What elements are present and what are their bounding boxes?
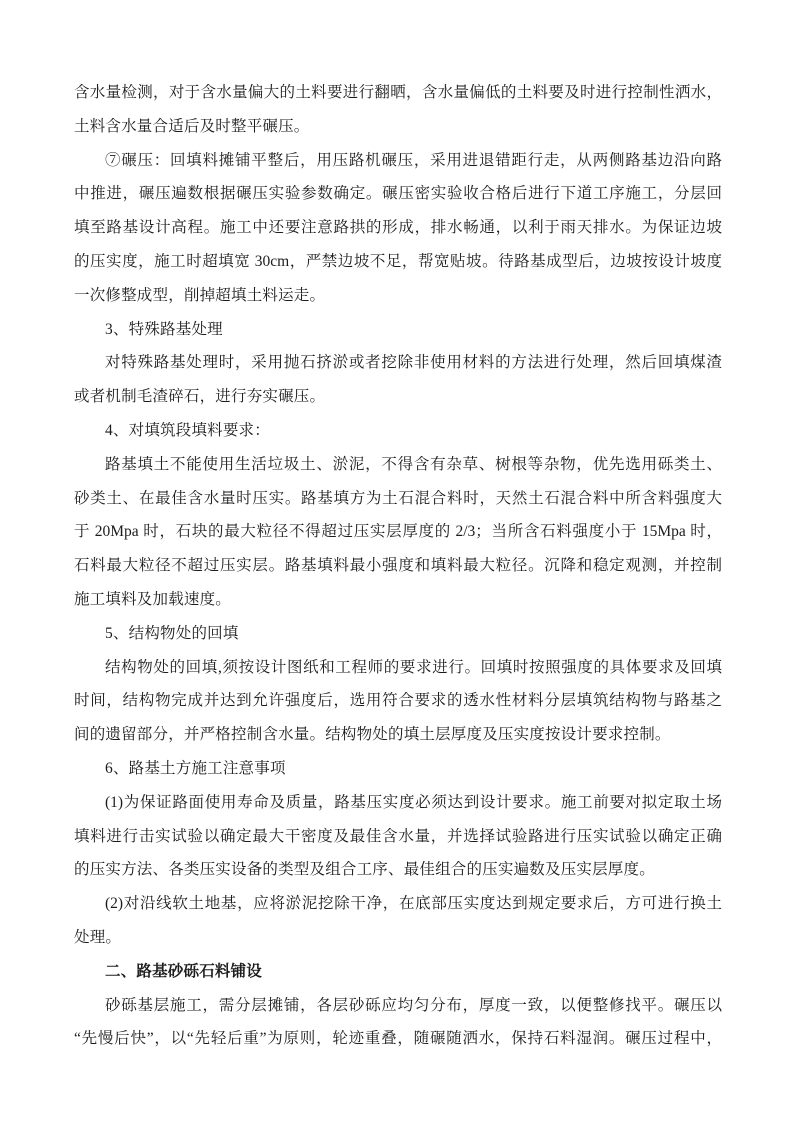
text-line: “先慢后快”，以“先轻后重”为原则，轮迹重叠，随碾随洒水，保持石料湿润。碾压过程… <box>74 1022 722 1056</box>
text-line: 路基填土不能使用生活垃圾土、淤泥，不得含有杂草、树根等杂物，优先选用砾类土、 <box>74 448 722 482</box>
text-line: 处理。 <box>74 921 722 955</box>
section-heading-line: 二、路基砂砾石料铺设 <box>74 955 722 989</box>
text-line: 于 20Mpa 时，石块的最大粒径不得超过压实层厚度的 2/3；当所含石料强度小… <box>74 515 722 549</box>
text-line: 含水量检测，对于含水量偏大的土料要进行翻晒，含水量偏低的土料要及时进行控制性洒水… <box>74 76 722 110</box>
text-line: 或者机制毛渣碎石，进行夯实碾压。 <box>74 380 722 414</box>
text-line: 土料含水量合适后及时整平碾压。 <box>74 110 722 144</box>
text-line: 施工填料及加载速度。 <box>74 583 722 617</box>
text-line: 3、特殊路基处理 <box>74 313 722 347</box>
document-body: 含水量检测，对于含水量偏大的土料要进行翻晒，含水量偏低的土料要及时进行控制性洒水… <box>74 76 722 1056</box>
text-line: 填料进行击实试验以确定最大干密度及最佳含水量，并选择试验路进行压实试验以确定正确 <box>74 820 722 854</box>
document-page: 含水量检测，对于含水量偏大的土料要进行翻晒，含水量偏低的土料要及时进行控制性洒水… <box>0 0 793 1122</box>
text-line: 4、对填筑段填料要求： <box>74 414 722 448</box>
text-line: 填至路基设计高程。施工中还要注意路拱的形成，排水畅通，以利于雨天排水。为保证边坡 <box>74 211 722 245</box>
text-line: 时间，结构物完成并达到允许强度后，选用符合要求的透水性材料分层填筑结构物与路基之 <box>74 684 722 718</box>
text-line: 6、路基土方施工注意事项 <box>74 752 722 786</box>
text-line: 结构物处的回填,须按设计图纸和工程师的要求进行。回填时按照强度的具体要求及回填 <box>74 651 722 685</box>
text-line: 间的遗留部分，并严格控制含水量。结构物处的填土层厚度及压实度按设计要求控制。 <box>74 718 722 752</box>
text-line: ⑦碾压：回填料摊铺平整后，用压路机碾压，采用进退错距行走，从两侧路基边沿向路 <box>74 144 722 178</box>
text-line: 的压实度，施工时超填宽 30cm，严禁边坡不足，帮宽贴坡。待路基成型后，边坡按设… <box>74 245 722 279</box>
text-line: 的压实方法、各类压实设备的类型及组合工序、最佳组合的压实遍数及压实层厚度。 <box>74 853 722 887</box>
text-line: 中推进，碾压遍数根据碾压实验参数确定。碾压密实验收合格后进行下道工序施工，分层回 <box>74 177 722 211</box>
text-line: (1)为保证路面使用寿命及质量，路基压实度必须达到设计要求。施工前要对拟定取土场 <box>74 786 722 820</box>
text-line: 砂砾基层施工，需分层摊铺，各层砂砾应均匀分布，厚度一致，以便整修找平。碾压以 <box>74 989 722 1023</box>
text-line: 一次修整成型，削掉超填土料运走。 <box>74 279 722 313</box>
text-line: (2)对沿线软土地基，应将淤泥挖除干净，在底部压实度达到规定要求后，方可进行换土 <box>74 887 722 921</box>
text-line: 砂类土、在最佳含水量时压实。路基填方为土石混合料时，天然土石混合料中所含料强度大 <box>74 482 722 516</box>
text-line: 5、结构物处的回填 <box>74 617 722 651</box>
text-line: 对特殊路基处理时，采用抛石挤淤或者挖除非使用材料的方法进行处理，然后回填煤渣 <box>74 346 722 380</box>
text-line: 石料最大粒径不超过压实层。路基填料最小强度和填料最大粒径。沉降和稳定观测，并控制 <box>74 549 722 583</box>
